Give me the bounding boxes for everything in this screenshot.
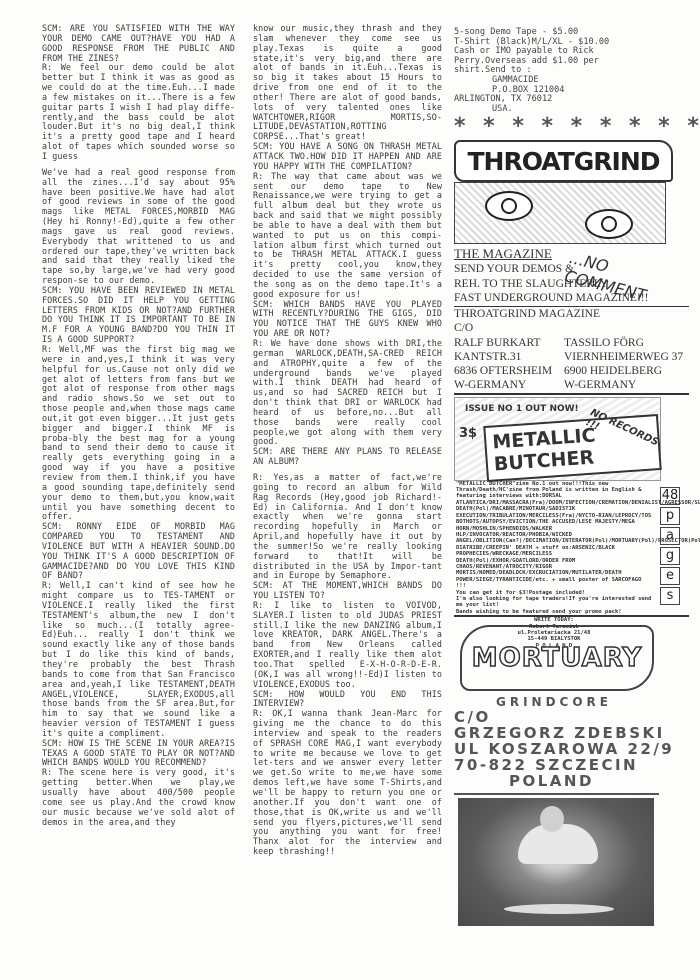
mortuary-ad: MORTUARY GRINDCORE C/O GRZEGORZ ZDEBSKI …: [454, 625, 689, 789]
answer: R: We feel our demo could be alot better…: [42, 63, 235, 161]
photo-frame: [454, 793, 659, 926]
genre-label: GRINDCORE: [454, 695, 654, 709]
address-line: W-GERMANY: [454, 378, 564, 392]
ads-column: 5-song Demo Tape - $5.00 T-Shirt (Black)…: [454, 28, 689, 926]
answer: R: Well,I can't kind of see how he might…: [42, 581, 235, 739]
address-line: 6900 HEIDELBERG: [564, 364, 689, 378]
question: SCM: YOU HAVE BEEN REVIEWED IN METAL FOR…: [42, 286, 235, 345]
contact-line: P O L A N D: [456, 643, 652, 649]
ad-line: C/O: [454, 321, 689, 336]
address-line: RALF BURKART: [454, 336, 564, 350]
question: SCM: HOW WOULD YOU END THIS INTERVIEW?: [253, 690, 442, 710]
throatgrind-logo: THROATGRIND: [454, 140, 673, 182]
address-line: KANTSTR.31: [454, 350, 564, 364]
price-label: 3$: [459, 426, 477, 441]
metallic-butcher-ad: ISSUE NO 1 OUT NOW! 3$ METALLIC BUTCHER …: [454, 397, 689, 617]
address-line: GRZEGORZ ZDEBSKI: [454, 725, 689, 741]
ad-line: I'm also looking for tape traders!If you…: [456, 596, 652, 609]
address-line: UL KOSZAROWA 22/9: [454, 741, 689, 757]
ad-line: THROATGRIND MAGAZINE: [454, 307, 689, 322]
address-line: W-GERMANY: [564, 378, 689, 392]
metallic-butcher-text: "METALLIC BUTCHER"zine No.1 out now!!!Th…: [456, 481, 652, 650]
question: SCM: WHICH BANDS HAVE YOU PLAYED WITH RE…: [253, 300, 442, 339]
order-info: 5-song Demo Tape - $5.00 T-Shirt (Black)…: [454, 28, 689, 114]
address-line: C/O: [454, 709, 689, 725]
asterisk-divider: * * * * * * * * *: [454, 116, 689, 138]
question: SCM: AT THE MOMENT,WHICH BANDS DO YOU LI…: [253, 581, 442, 601]
address-line: VIERNHEIMERWEG 37: [564, 350, 689, 364]
address-line: TASSILO FÖRG: [564, 336, 689, 350]
pages-letter: s: [660, 587, 680, 605]
answer: R: I like to listen to VOIVOD, SLAYER.I …: [253, 601, 442, 690]
question: SCM: ARE YOU SATISFIED WITH THE WAY YOUR…: [42, 24, 235, 63]
answer-continued: know our music,they thrash and they slam…: [253, 24, 442, 142]
answer: R: The scene here is very good, it's get…: [42, 768, 235, 827]
answer: R: Yes,as a matter of fact,we're going t…: [253, 473, 442, 581]
ad-body: "METALLIC BUTCHER"zine No.1 out now!!!Th…: [456, 481, 652, 590]
throatgrind-addresses: RALF BURKART TASSILO FÖRG KANTSTR.31 VIE…: [454, 336, 689, 394]
answer: R: We have done shows with DRI,the germa…: [253, 339, 442, 447]
metallic-butcher-illustration: ISSUE NO 1 OUT NOW! 3$ METALLIC BUTCHER …: [454, 397, 661, 481]
throatgrind-ad: THROATGRIND THE MAGAZINE ...NO COMMENT S…: [454, 140, 689, 394]
eye-icon: [485, 191, 533, 221]
answer: R: The way that came about was we sent o…: [253, 172, 442, 300]
eye-icon: [585, 209, 633, 239]
magazine-subtitle: THE MAGAZINE: [454, 246, 552, 261]
interview-column-2: know our music,they thrash and they slam…: [253, 24, 442, 857]
issue-label: ISSUE NO 1 OUT NOW!: [465, 404, 579, 414]
address-line: 6836 OFTERSHEIM: [454, 364, 564, 378]
question: SCM: RONNY EIDE OF MORBID MAG COMPARED Y…: [42, 522, 235, 581]
photo-skateboard: [504, 904, 614, 914]
country: POLAND: [454, 773, 689, 789]
skateboarder-photo: [458, 798, 654, 926]
question: SCM: YOU HAVE A SONG ON THRASH METAL ATT…: [253, 142, 442, 172]
answer: R: OK,I wanna thank Jean-Marc for giving…: [253, 709, 442, 857]
ad-line: Bands wishing to be featured send your p…: [456, 609, 652, 615]
question: SCM: ARE THERE ANY PLANS TO RELEASE AN A…: [253, 447, 442, 467]
pages-letter: g: [660, 547, 680, 565]
pages-letter: p: [660, 507, 680, 525]
photo-face: [540, 806, 564, 832]
address-line: 70-822 SZCZECIN: [454, 757, 689, 773]
order-line: shirt.Send to :: [454, 66, 689, 76]
band-name: GAMMACIDE: [454, 76, 689, 86]
country: USA.: [454, 105, 689, 115]
answer: R: Well,MF was the first big mag we were…: [42, 345, 235, 522]
answer-continued: We've had a real good response from all …: [42, 168, 235, 286]
eyes-illustration: [454, 182, 666, 244]
city: ARLINGTON, TX 76012: [454, 95, 689, 105]
pages-letter: e: [660, 567, 680, 585]
mortuary-address: C/O GRZEGORZ ZDEBSKI UL KOSZAROWA 22/9 7…: [454, 709, 689, 789]
question: SCM: HOW IS THE SCENE IN YOUR AREA?IS TE…: [42, 739, 235, 769]
interview-column-1: SCM: ARE YOU SATISFIED WITH THE WAY YOUR…: [42, 24, 235, 827]
